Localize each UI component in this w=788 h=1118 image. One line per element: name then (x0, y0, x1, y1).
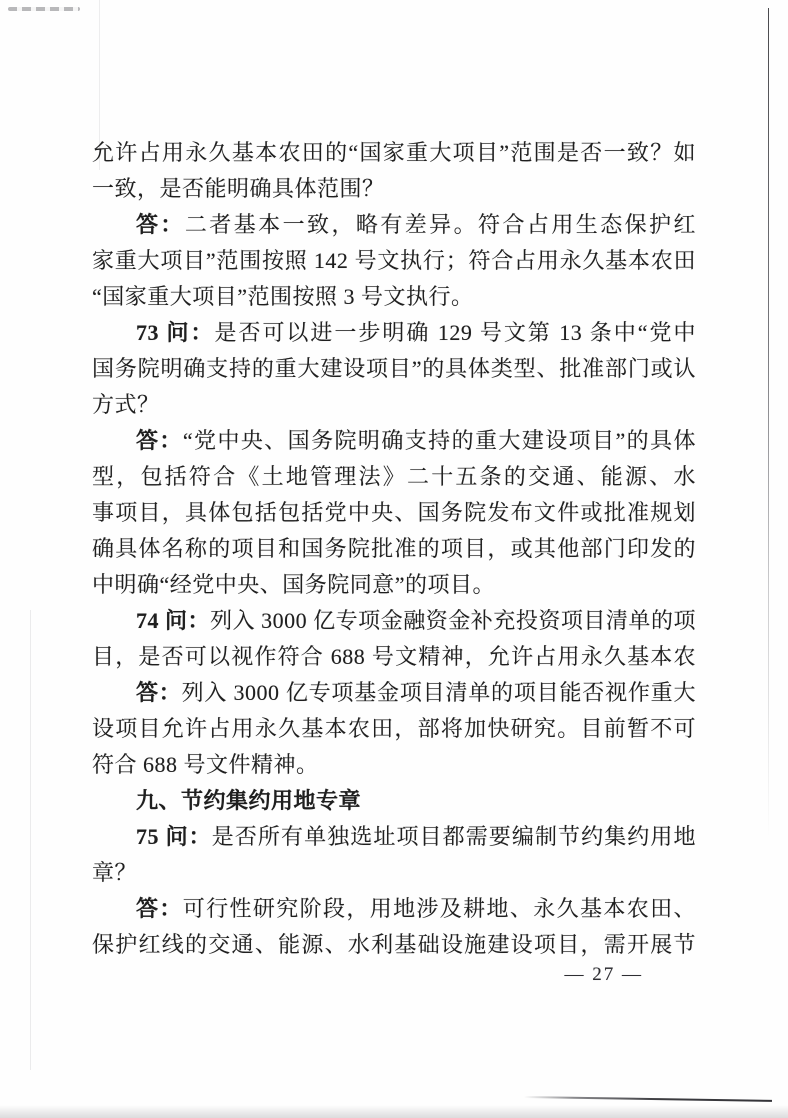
text-line: 章？ (92, 855, 696, 891)
text-line: 型，包括符合《土地管理法》二十五条的交通、能源、水利、军 (92, 459, 696, 495)
text-line: 保护红线的交通、能源、水利基础设施建设项目，需开展节约集 (92, 927, 696, 963)
scan-bottom-shadow (0, 1105, 788, 1118)
text-line: 家重大项目”范围按照 142 号文执行；符合占用永久基本农田 (92, 243, 696, 279)
text-line: 事项目，具体包括包括党中央、国务院发布文件或批准规划中明 (92, 495, 696, 531)
text-line: “国家重大项目”范围按照 3 号文执行。 (92, 279, 696, 315)
section-heading: 九、节约集约用地专章 (92, 783, 696, 819)
scan-crease-left (30, 610, 31, 1070)
text-line: 一致，是否能明确具体范围？ (92, 171, 696, 207)
text-line: 答：二者基本一致，略有差异。符合占用生态保护红线“国 (92, 207, 696, 243)
page-number: — 27 — (565, 962, 644, 988)
text-line: 答：“党中央、国务院明确支持的重大建设项目”的具体类 (92, 423, 696, 459)
text-line: 答：列入 3000 亿专项基金项目清单的项目能否视作重大建 (92, 675, 696, 711)
text-line: 74 问：列入 3000 亿专项金融资金补充投资项目清单的项 (92, 603, 696, 639)
scan-page-edge-bottom (524, 1096, 772, 1102)
text-line: 符合 688 号文件精神。 (92, 747, 696, 783)
scan-streak-top-left (8, 7, 80, 11)
document-text: 允许占用永久基本农田的“国家重大项目”范围是否一致？如不一致，是否能明确具体范围… (92, 135, 696, 963)
text-line: 答：可行性研究阶段，用地涉及耕地、永久基本农田、生态 (92, 891, 696, 927)
text-line: 方式？ (92, 387, 696, 423)
scan-page-edge-right (768, 8, 769, 838)
text-line: 73 问：是否可以进一步明确 129 号文第 13 条中“党中央、 (92, 315, 696, 351)
text-line: 确具体名称的项目和国务院批准的项目，或其他部门印发的文件 (92, 531, 696, 567)
text-line: 国务院明确支持的重大建设项目”的具体类型、批准部门或认定 (92, 351, 696, 387)
document-page: 允许占用永久基本农田的“国家重大项目”范围是否一致？如不一致，是否能明确具体范围… (0, 0, 788, 1118)
text-line: 目，是否可以视作符合 688 号文精神，允许占用永久基本农田？ (92, 639, 696, 675)
text-line: 允许占用永久基本农田的“国家重大项目”范围是否一致？如不 (92, 135, 696, 171)
text-line: 中明确“经党中央、国务院同意”的项目。 (92, 567, 696, 603)
text-line: 75 问：是否所有单独选址项目都需要编制节约集约用地专 (92, 819, 696, 855)
text-line: 设项目允许占用永久基本农田，部将加快研究。目前暂不可视作 (92, 711, 696, 747)
